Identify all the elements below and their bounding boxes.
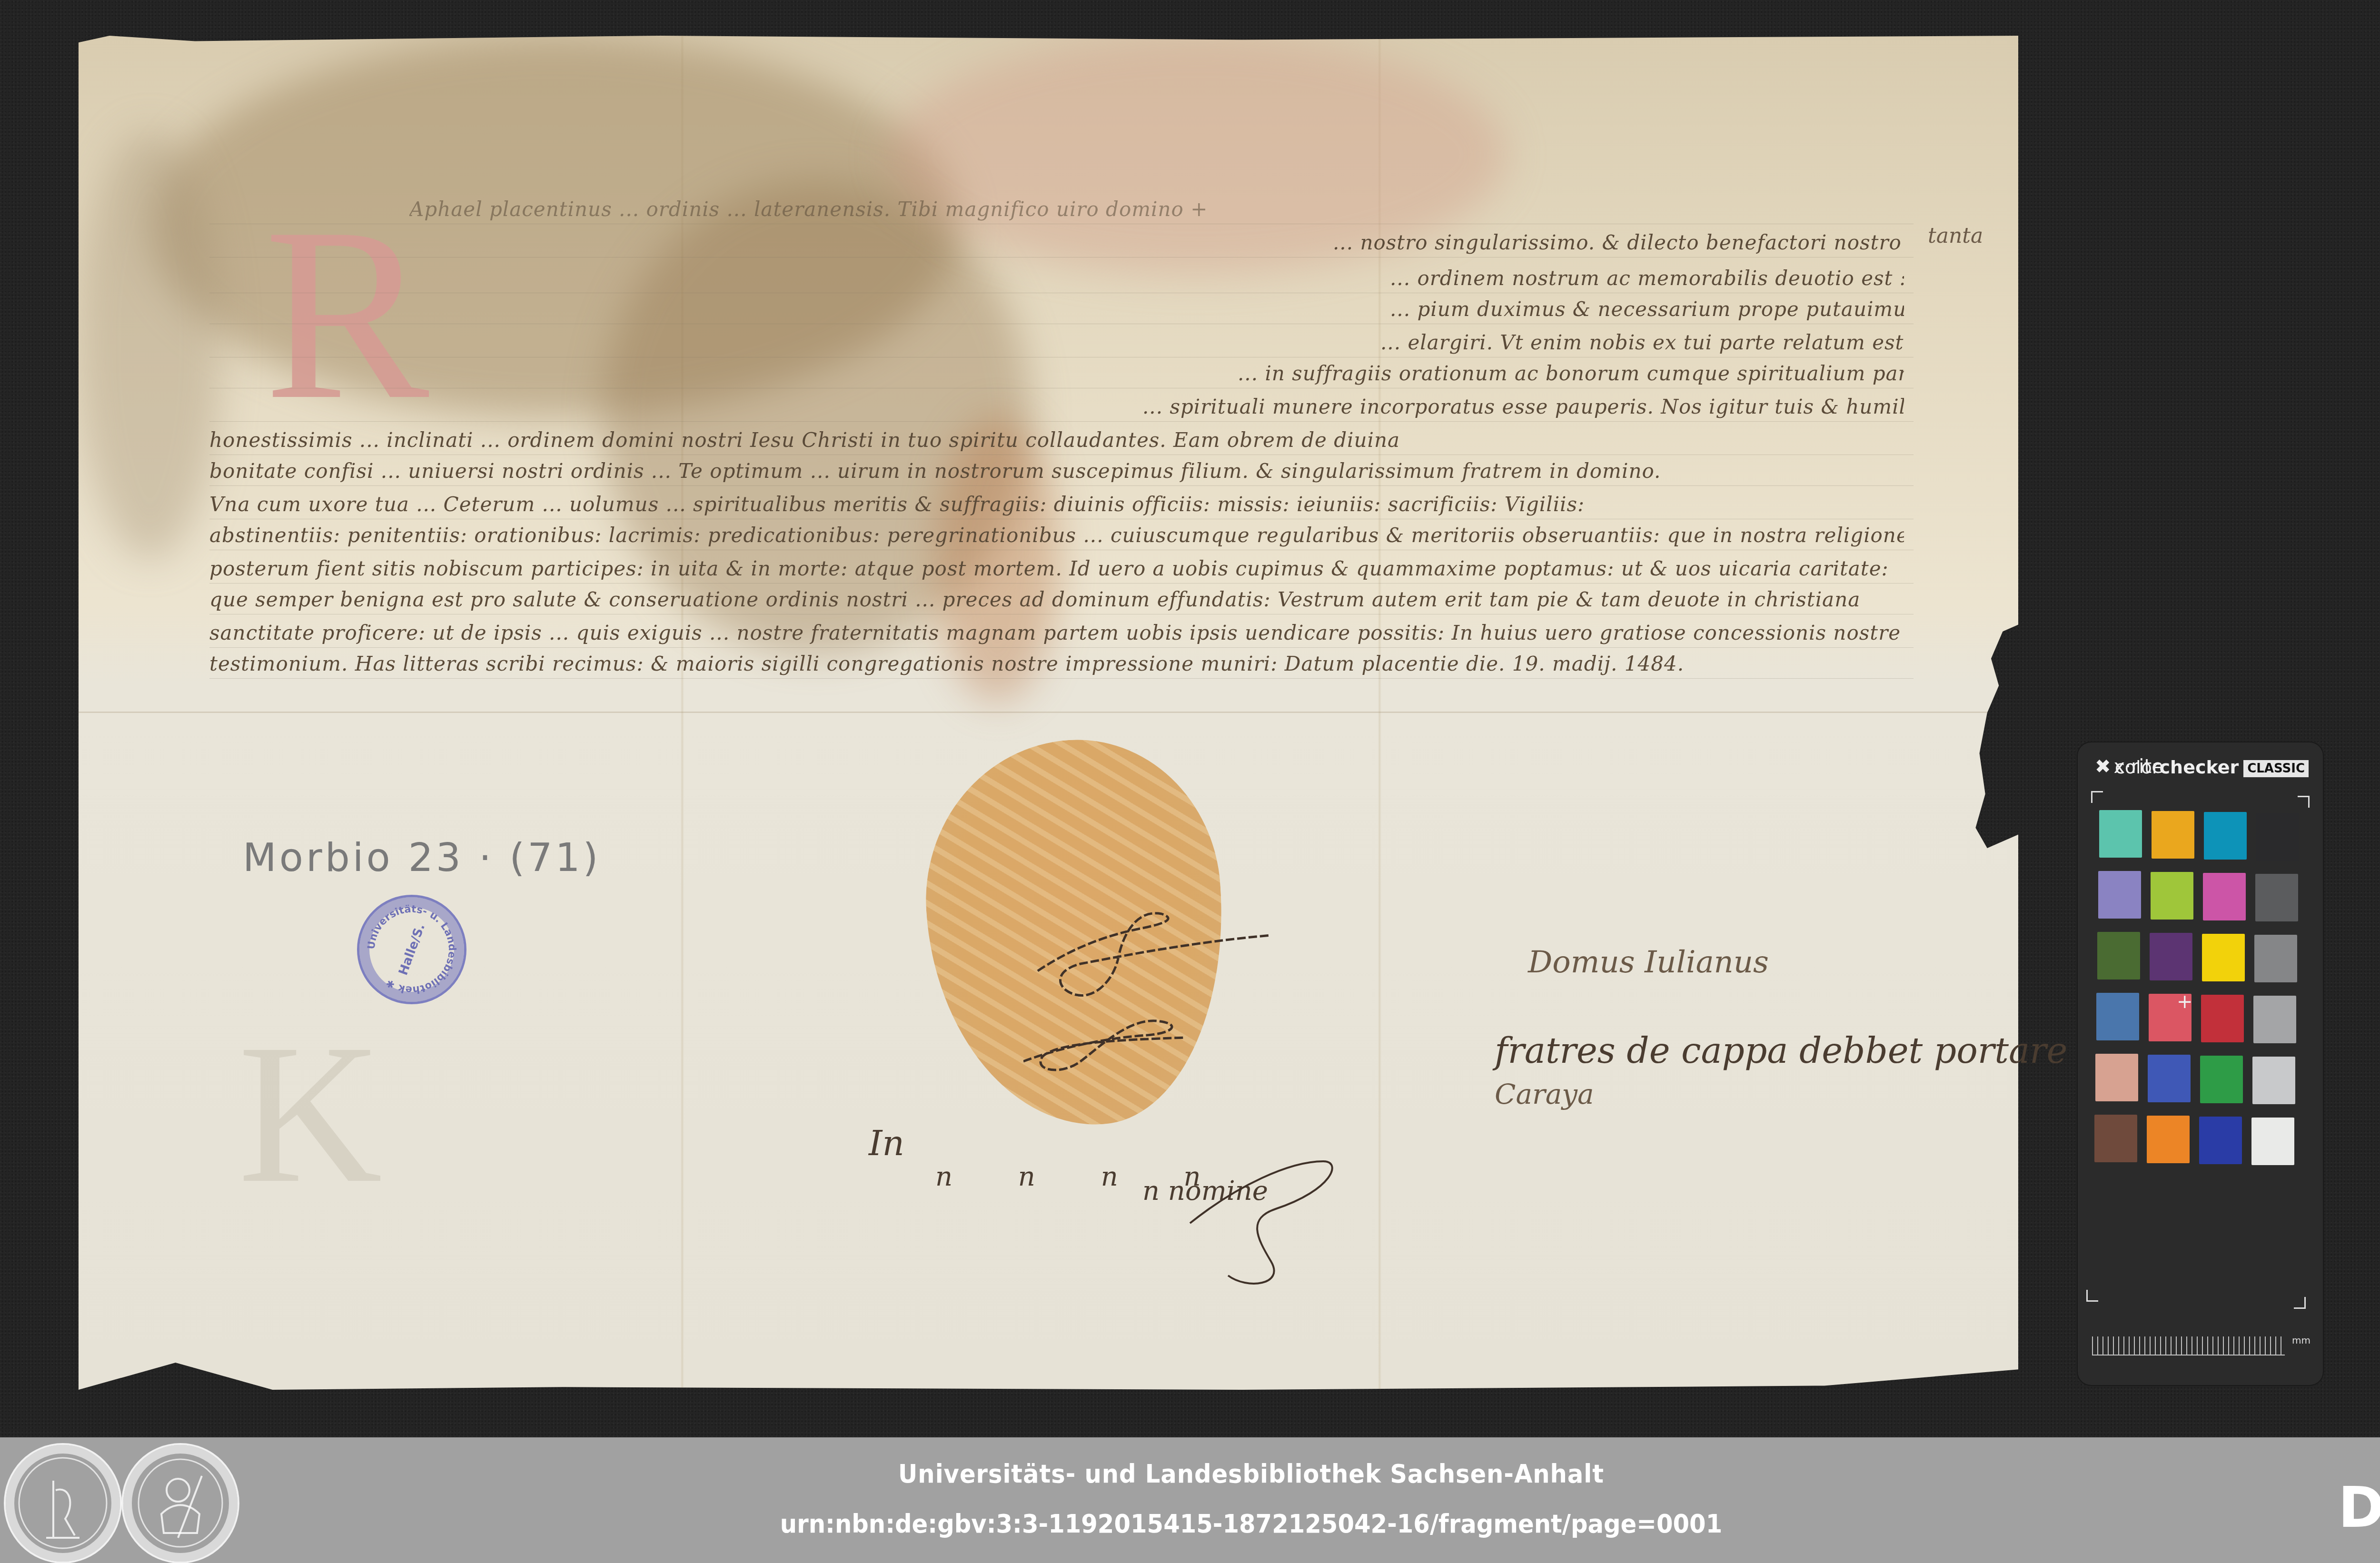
text-line: bonitate confisi ... uniuersi nostri ord… <box>209 459 1904 483</box>
fold-line <box>79 712 2018 713</box>
text-line: que semper benigna est pro salute & cons… <box>209 588 1904 611</box>
color-swatch <box>2202 934 2245 981</box>
edge-stain <box>79 131 221 559</box>
color-checker-card: ✖x·rite colorcheckerCLASSIC + mm <box>2078 742 2323 1385</box>
library-stamp: Universitäts- u. Landesbibliothek ✱ Hall… <box>357 895 466 1004</box>
ruling-line <box>209 519 1914 519</box>
color-swatch <box>2201 995 2244 1042</box>
endorsement-line-3: Caraya <box>1495 1078 1594 1110</box>
color-swatch <box>2255 874 2298 921</box>
text-line: ... elargiri. Vt enim nobis ex tui parte… <box>1380 331 1904 354</box>
color-swatch <box>2098 871 2141 919</box>
text-line: abstinentiis: penitentiis: orationibus: … <box>209 524 1904 547</box>
text-line: posterum fient sitis nobiscum participes… <box>209 557 1904 580</box>
ruling-line <box>209 357 1914 357</box>
pencil-shelfmark: Morbio 23 · (71) <box>243 835 601 880</box>
color-swatch <box>2203 873 2246 920</box>
ruling-line <box>209 678 1914 679</box>
institution-name: Universitäts- und Landesbibliothek Sachs… <box>100 1459 2380 1489</box>
title-checker: checker <box>2160 757 2239 778</box>
subscription-in: In <box>869 1123 904 1163</box>
color-swatch <box>2147 1116 2190 1163</box>
ruling-line <box>209 293 1914 293</box>
color-swatch <box>2251 1118 2294 1165</box>
footer-bar: Universitäts- und Landesbibliothek Sachs… <box>0 1437 2380 1563</box>
color-swatch <box>2096 993 2139 1040</box>
color-swatch <box>2148 1055 2191 1102</box>
ruler-unit: mm <box>2292 1335 2311 1346</box>
color-swatch <box>2200 1056 2243 1103</box>
color-swatch <box>2151 872 2193 920</box>
ruling-line <box>209 550 1914 550</box>
ruling-line <box>209 583 1914 584</box>
color-swatch <box>2204 812 2247 860</box>
color-swatch <box>2199 1117 2242 1164</box>
mm-ruler <box>2092 1336 2285 1355</box>
swatch-grid <box>2094 804 2304 1304</box>
color-swatch <box>2095 1054 2138 1101</box>
crosshair-icon: + <box>2177 991 2193 1013</box>
xrite-x-icon: ✖ <box>2095 756 2111 778</box>
text-line: testimonium. Has litteras scribi recimus… <box>209 652 1904 675</box>
text-line: ... in suffragiis orationum ac bonorum c… <box>1238 362 1904 385</box>
text-line: sanctitate proficere: ut de ipsis ... qu… <box>209 621 1904 644</box>
title-color: color <box>2115 757 2160 778</box>
urn-identifier[interactable]: urn:nbn:de:gbv:3:3-1192015415-1872125042… <box>100 1509 2380 1539</box>
ruling-line <box>209 388 1914 388</box>
ruling-line <box>209 421 1914 422</box>
color-swatch <box>2099 810 2142 858</box>
color-swatch <box>2253 996 2296 1043</box>
decorated-initial: R <box>264 190 429 438</box>
ruling-line <box>209 614 1914 614</box>
color-swatch <box>2252 1057 2295 1104</box>
color-swatch <box>2094 1115 2137 1162</box>
text-line: ... nostro singularissimo. & dilecto ben… <box>1333 231 1904 254</box>
text-line: honestissimis ... inclinati ... ordinem … <box>209 428 1904 452</box>
seal-flourish <box>1023 904 1290 1095</box>
text-line: Aphael placentinus ... ordinis ... later… <box>409 198 1904 221</box>
dfg-logo: DFG <box>2338 1479 2380 1535</box>
registration-corner <box>2091 791 2103 803</box>
color-swatch <box>2254 935 2297 982</box>
color-swatch <box>2152 811 2194 859</box>
ruling-line <box>209 485 1914 486</box>
ruling-line <box>209 647 1914 648</box>
ruling-line <box>209 224 1914 224</box>
signature-flourish <box>1180 1152 1338 1295</box>
endorsement-line-1: Domus Iulianus <box>1528 945 1769 980</box>
color-swatch <box>2256 813 2299 861</box>
text-line: Vna cum uxore tua ... Ceterum ... uolumu… <box>209 493 1904 516</box>
ruling-line <box>209 257 1914 257</box>
color-swatch <box>2150 933 2192 980</box>
ruling-line <box>209 324 1914 324</box>
color-swatch <box>2097 932 2140 979</box>
text-line: ... ordinem nostrum ac memorabilis deuot… <box>1390 267 1904 290</box>
text-line: ... pium duximus & necessarium prope put… <box>1390 297 1904 321</box>
ruling-line <box>209 455 1914 455</box>
colorchecker-title: colorcheckerCLASSIC <box>2115 757 2309 778</box>
faint-letter-K: K <box>238 1014 382 1214</box>
endorsement-line-2: fratres de cappa debbet portare <box>1495 1030 2067 1071</box>
classic-badge: CLASSIC <box>2243 760 2309 777</box>
margin-note-tanta: tanta <box>1928 224 1983 248</box>
text-line: ... spirituali munere incorporatus esse … <box>1142 395 1904 418</box>
